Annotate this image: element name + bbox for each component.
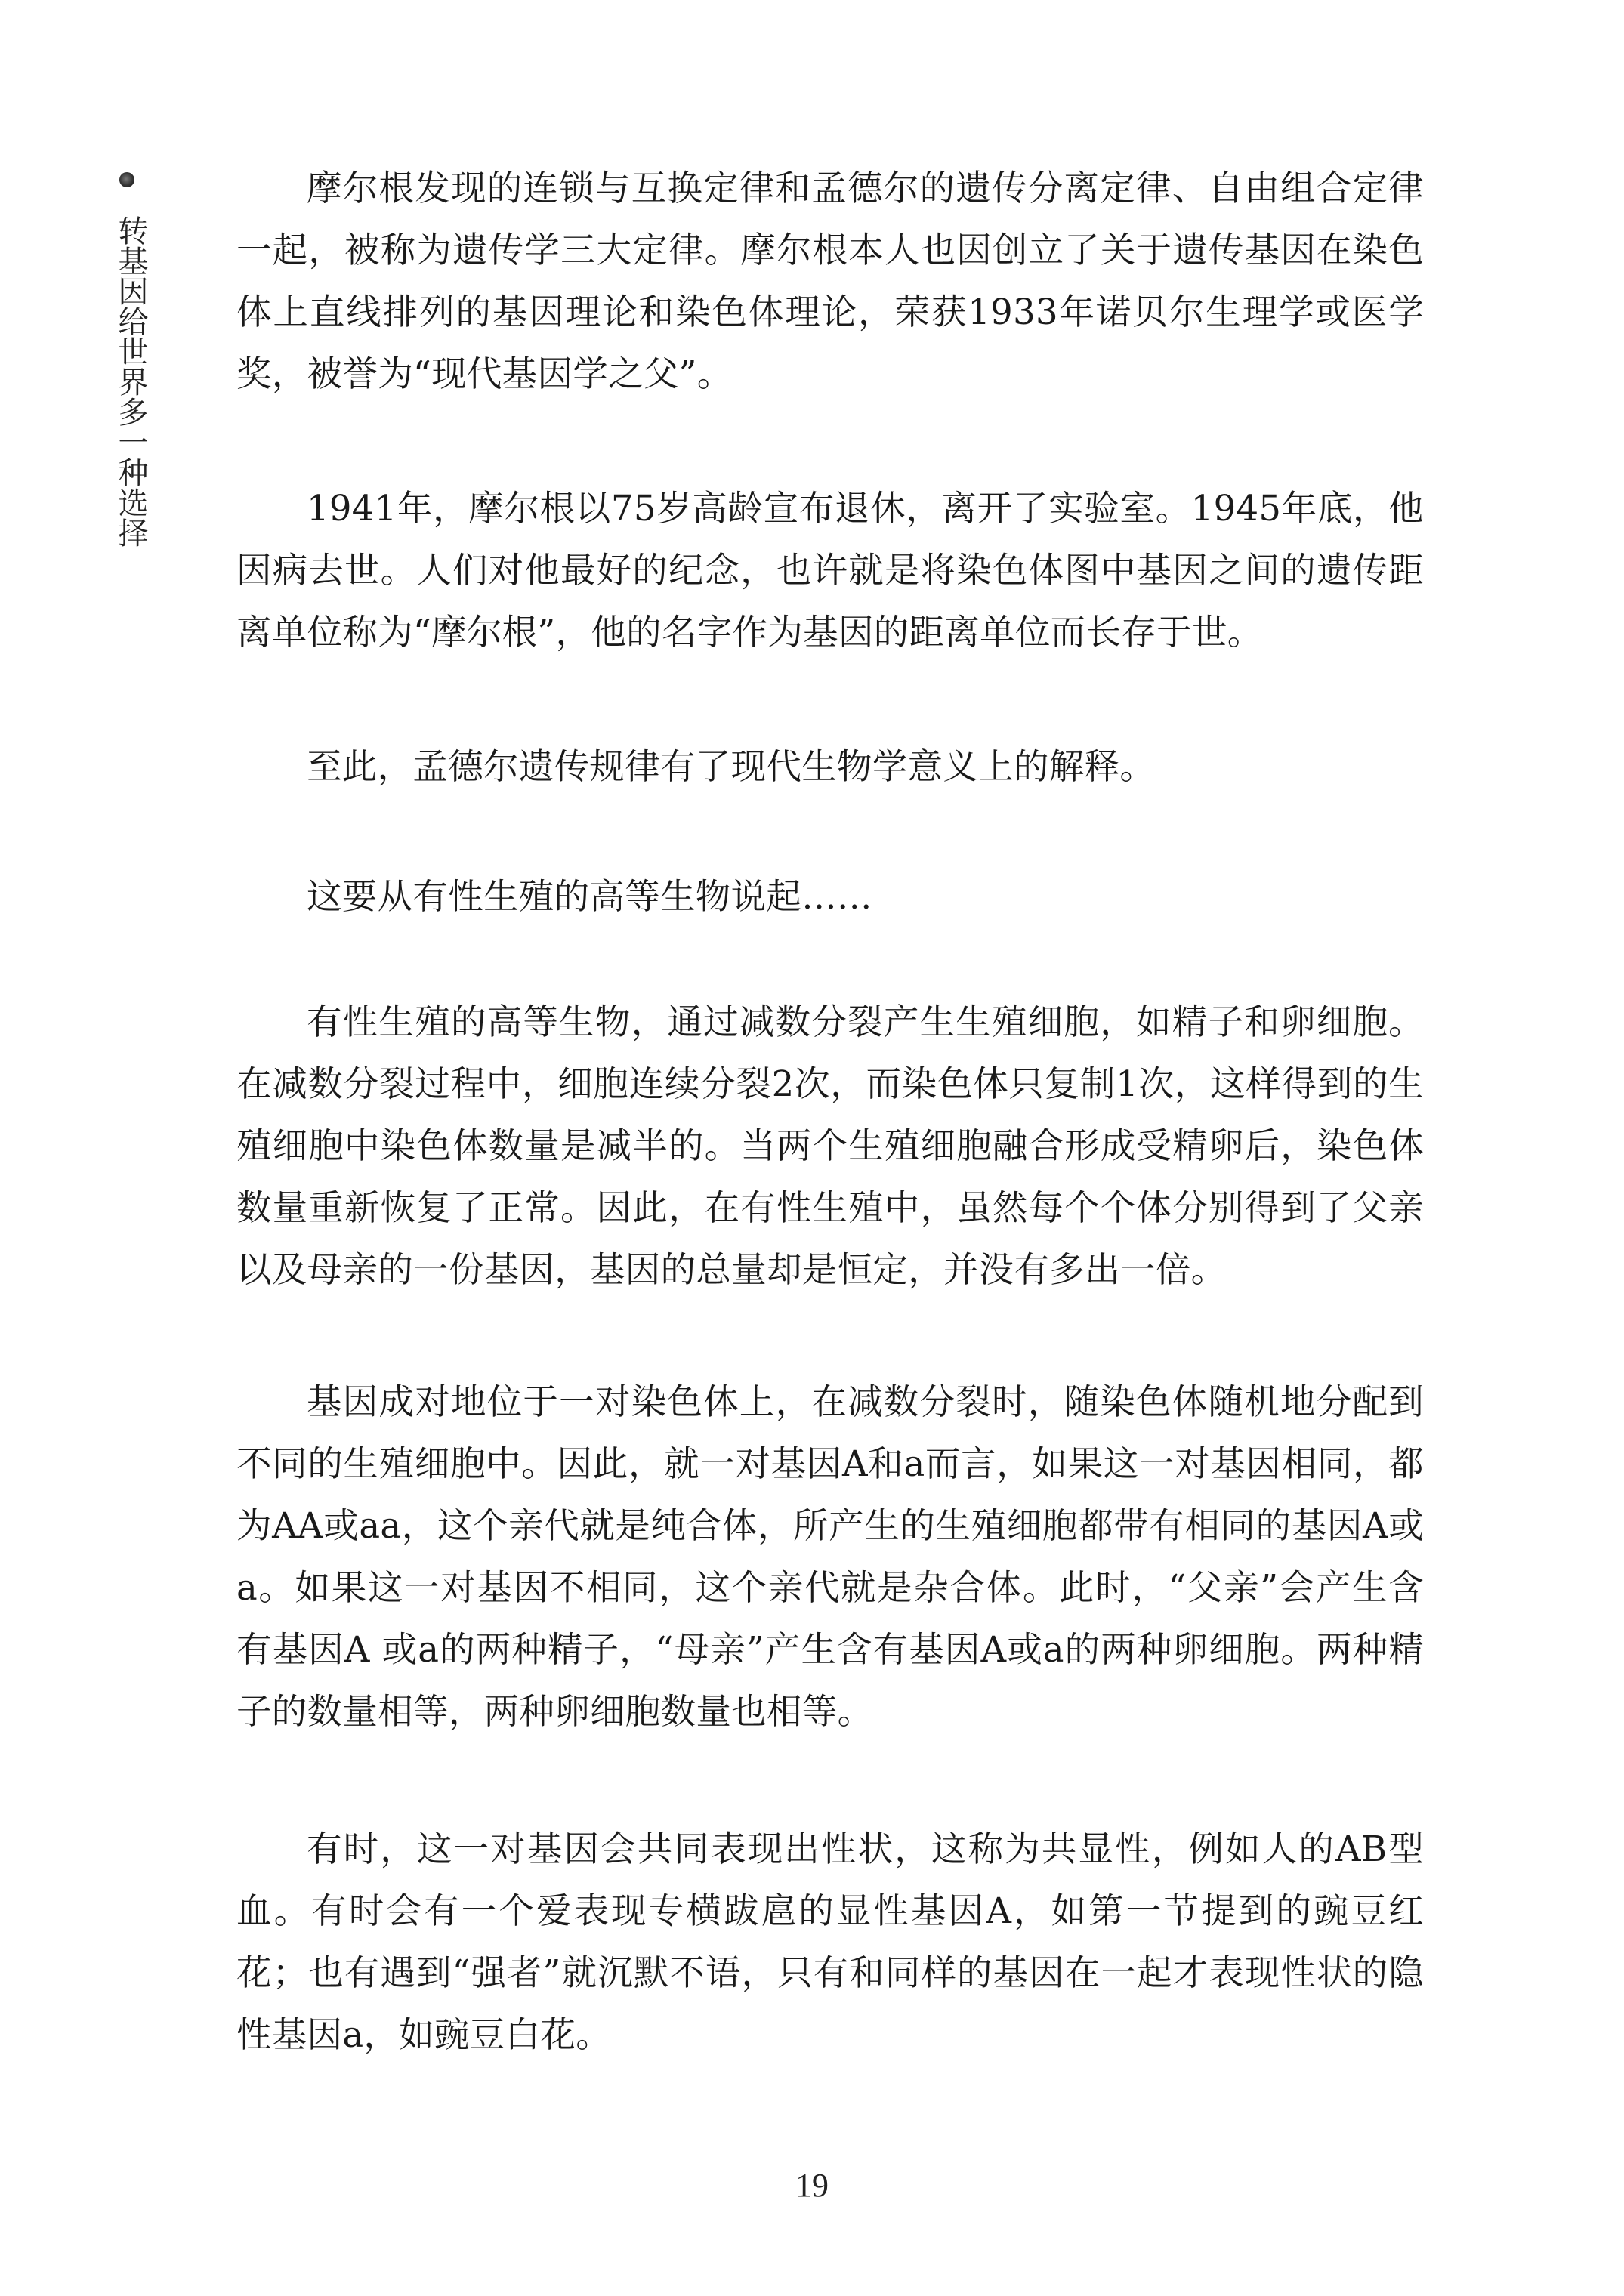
- paragraph-gene-pairs: 基因成对地位于一对染色体上，在减数分裂时，随染色体随机地分配到不同的生殖细胞中。…: [236, 1371, 1424, 1742]
- paragraph-meiosis: 有性生殖的高等生物，通过减数分裂产生生殖细胞，如精子和卵细胞。在减数分裂过程中，…: [236, 991, 1424, 1301]
- paragraph-sexual-reproduction-intro: 这要从有性生殖的高等生物说起……: [236, 866, 1424, 927]
- bullet-dot-icon: [119, 172, 134, 187]
- paragraph-mendel-explained: 至此，孟德尔遗传规律有了现代生物学意义上的解释。: [236, 736, 1424, 798]
- paragraph-morgan-laws: 摩尔根发现的连锁与互换定律和孟德尔的遗传分离定律、自由组合定律一起，被称为遗传学…: [236, 157, 1424, 405]
- paragraph-dominance: 有时，这一对基因会共同表现出性状，这称为共显性，例如人的AB型血。有时会有一个爱…: [236, 1818, 1424, 2066]
- running-title: 转基因给世界多一种选择: [113, 215, 147, 548]
- page-number: 19: [0, 2166, 1624, 2205]
- paragraph-morgan-retirement: 1941年，摩尔根以75岁高龄宣布退休，离开了实验室。1945年底，他因病去世。…: [236, 477, 1424, 663]
